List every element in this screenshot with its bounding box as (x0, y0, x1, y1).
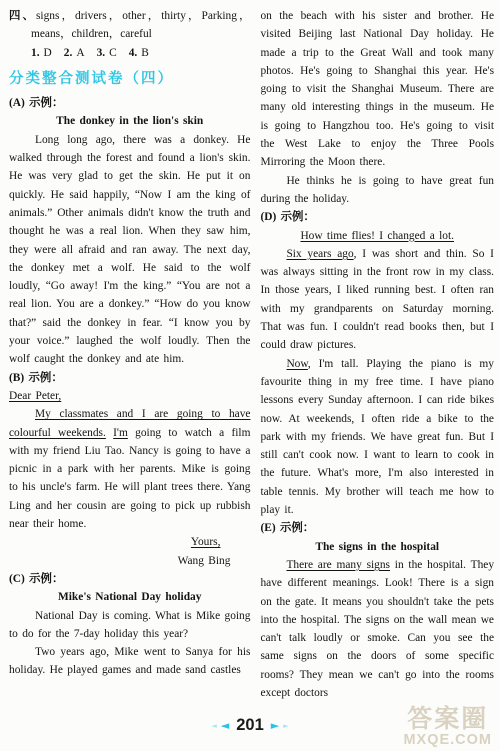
letter-closing-text: Yours, (191, 536, 221, 548)
section-e-paragraph: There are many signs in the hospital. Th… (260, 556, 494, 702)
answer-1-option: D (44, 47, 52, 59)
section-b-label: (B) 示例： (9, 369, 250, 387)
page-number: 201 (236, 716, 264, 734)
section-c-heading: Mike's National Day holiday (9, 588, 250, 606)
arrow-right-outer-icon: ► (283, 722, 288, 730)
answer-2: 2.A (64, 47, 85, 59)
question-4-number: 四、 (9, 10, 36, 22)
section-c-paragraph-1: National Day is coming. What is Mike goi… (9, 607, 250, 644)
section-d-paragraph-1: Six years ago, I was short and thin. So … (260, 245, 494, 355)
section-b-paragraph: My classmates and I are going to have co… (9, 405, 250, 533)
letter-closing: Yours, (9, 533, 250, 551)
section-c-paragraph-2: Two years ago, Mike went to Sanya for hi… (9, 643, 250, 680)
left-column: 四、signs，drivers，other，thirty，Parking，mea… (9, 7, 250, 702)
two-column-text: 四、signs，drivers，other，thirty，Parking，mea… (0, 0, 500, 702)
section-b-rest: going to watch a film with my friend Liu… (9, 427, 250, 530)
answer-2-number: 2. (64, 47, 73, 59)
answer-2-option: A (76, 47, 84, 59)
section-a-heading: The donkey in the lion's skin (9, 112, 250, 130)
section-d-paragraph-1-rest: , I was short and thin. So I was always … (260, 248, 494, 351)
answer-1: 1.D (31, 47, 52, 59)
question-4-words: 四、signs，drivers，other，thirty，Parking，mea… (9, 7, 250, 44)
section-d-heading-text: How time flies! I changed a lot. (300, 230, 454, 242)
letter-salutation: Dear Peter, (9, 387, 250, 405)
section-e-paragraph-rest: in the hospital. They have different mea… (260, 559, 494, 699)
watermark-logo: 答案圈 (403, 706, 492, 734)
answer-3-number: 3. (97, 47, 106, 59)
section-d-underlined-phrase-2: Now (286, 358, 307, 370)
question-4-word-list: signs，drivers，other，thirty，Parking，means… (31, 10, 250, 40)
answer-key-line: 1.D2.A3.C4.B (9, 44, 250, 62)
section-e-label: (E) 示例： (260, 519, 494, 537)
section-e-heading: The signs in the hospital (260, 538, 494, 556)
answer-4-number: 4. (129, 47, 138, 59)
section-d-paragraph-2: Now, I'm tall. Playing the piano is my f… (260, 355, 494, 520)
test-paper-title: 分类整合测试卷（四） (9, 70, 250, 88)
section-d-heading: How time flies! I changed a lot. (260, 227, 494, 245)
right-column: on the beach with his sister and brother… (260, 7, 494, 702)
watermark-site: MXQE.COM (403, 733, 492, 749)
section-d-label: (D) 示例： (260, 208, 494, 226)
workbook-answer-page: 四、signs，drivers，other，thirty，Parking，mea… (0, 0, 500, 751)
section-c-label: (C) 示例： (9, 570, 250, 588)
answer-4-option: B (141, 47, 149, 59)
arrow-left-outer-icon: ◄ (211, 722, 216, 730)
section-e-underlined-phrase: There are many signs (286, 559, 390, 571)
letter-salutation-text: Dear Peter, (9, 390, 61, 402)
letter-signature: Wang Bing (9, 552, 250, 570)
arrow-left-inner-icon: ◄ (221, 719, 229, 732)
answer-1-number: 1. (31, 47, 40, 59)
watermark: 答案圈 MXQE.COM (403, 706, 492, 749)
section-c-paragraph-3: He thinks he is going to have great fun … (260, 172, 494, 209)
answer-3-option: C (109, 47, 117, 59)
section-d-underlined-phrase-1: Six years ago (286, 248, 353, 260)
section-a-label: (A) 示例： (9, 94, 250, 112)
arrow-right-inner-icon: ► (271, 719, 279, 732)
section-b-underlined-word: I'm (113, 427, 128, 439)
answer-3: 3.C (97, 47, 117, 59)
section-d-paragraph-2-rest: , I'm tall. Playing the piano is my favo… (260, 358, 494, 516)
section-a-paragraph: Long long ago, there was a donkey. He wa… (9, 131, 250, 369)
section-c-continuation: on the beach with his sister and brother… (260, 7, 494, 172)
answer-4: 4.B (129, 47, 149, 59)
